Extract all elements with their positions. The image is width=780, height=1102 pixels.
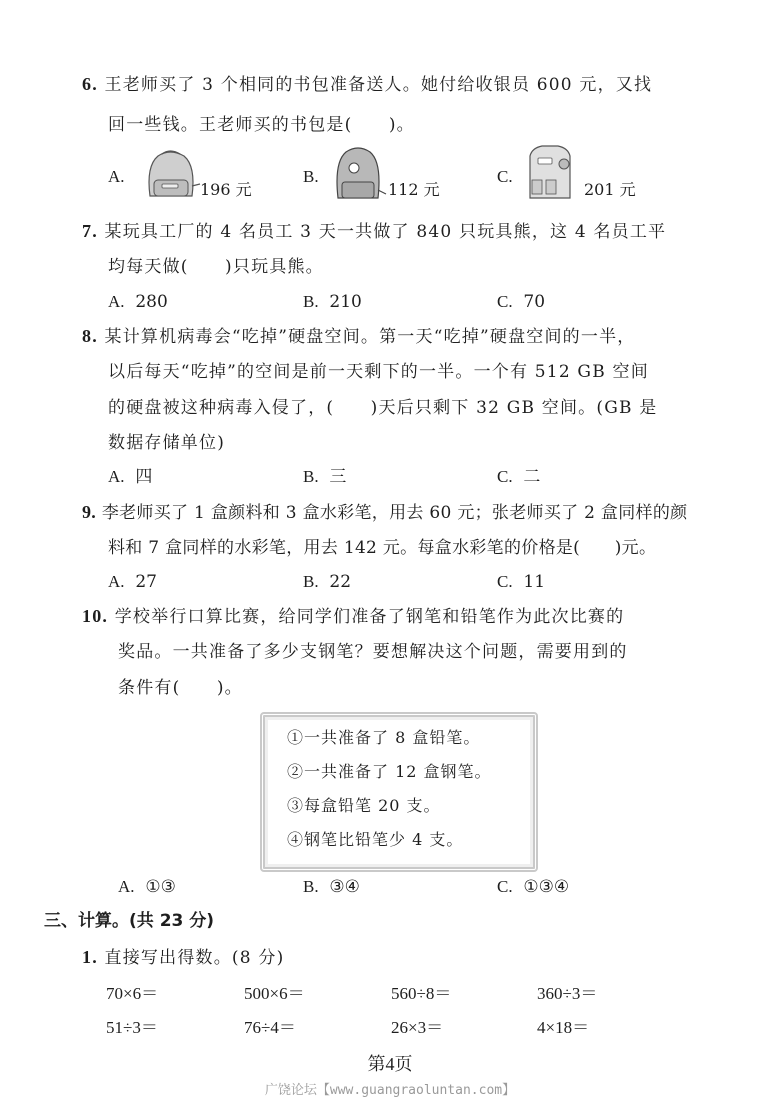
calc-item: 51÷3＝ [106,1017,158,1039]
q6-number: 6. [82,74,98,94]
q10-line2: 奖品。一共准备了多少支钢笔？要想解决这个问题，需要用到的 [118,641,628,663]
q6-option-c[interactable]: C. [497,166,513,188]
q9-line2: 料和 7 盒同样的水彩笔，用去 142 元。每盒水彩笔的价格是( )元。 [108,537,656,559]
q6-line2: 回一些钱。王老师买的书包是( )。 [108,114,415,136]
q7-line1: 7. 某玩具工厂的 4 名员工 3 天一共做了 840 只玩具熊，这 4 名员工… [82,220,666,243]
q6-option-a[interactable]: A. [108,166,125,188]
backpack-icon [140,146,202,202]
q6-line1: 6. 王老师买了 3 个相同的书包准备送人。她付给收银员 600 元，又找 [82,73,652,96]
option-label: A. [108,467,125,486]
backpack-icon [522,142,578,202]
option-label: A. [108,292,125,311]
sub1-number: 1. [82,947,98,967]
option-label: C. [497,572,513,591]
option-text: 70 [523,292,545,312]
q10-text-1: 学校举行口算比赛，给同学们准备了钢笔和铅笔作为此次比赛的 [115,607,625,627]
q7-number: 7. [82,221,98,241]
q10-number: 10. [82,606,108,626]
option-label: B. [303,467,319,486]
q7-line2: 均每天做( )只玩具熊。 [108,256,324,278]
option-label: B. [303,572,319,591]
q8-option-a[interactable]: A. 四 [108,466,152,488]
q10-option-a[interactable]: A. ①③ [118,876,176,898]
watermark: 广饶论坛【www.guangraoluntan.com】 [0,1079,780,1098]
q8-line3: 的硬盘被这种病毒入侵了，( )天后只剩下 32 GB 空间。(GB 是 [108,397,658,419]
q6-price-c: 201 元 [584,180,636,200]
option-text: 11 [523,572,545,592]
q10-option-b[interactable]: B. ③④ [303,876,360,898]
q10-option-c[interactable]: C. ①③④ [497,876,569,898]
sub1-title: 直接写出得数。(8 分) [105,948,285,968]
section-3-sub1: 1. 直接写出得数。(8 分) [82,946,284,969]
option-text: 四 [135,467,152,487]
condition-1: ①一共准备了 8 盒铅笔。 [287,727,480,749]
q6-text-1: 王老师买了 3 个相同的书包准备送人。她付给收银员 600 元，又找 [105,75,653,95]
option-label: C. [497,467,513,486]
worksheet-page: 6. 王老师买了 3 个相同的书包准备送人。她付给收银员 600 元，又找 回一… [0,0,780,1102]
q8-option-c[interactable]: C. 二 [497,466,540,488]
option-text: 210 [329,292,361,312]
option-text: 22 [329,572,351,592]
q9-text-1: 李老师买了 1 盒颜料和 3 盒水彩笔，用去 60 元；张老师买了 2 盒同样的… [102,503,688,523]
calc-item: 4×18＝ [537,1017,589,1039]
q8-number: 8. [82,326,98,346]
q6-option-b[interactable]: B. [303,166,319,188]
q8-line2: 以后每天“吃掉”的空间是前一天剩下的一半。一个有 512 GB 空间 [108,361,649,383]
q7-option-b[interactable]: B. 210 [303,291,362,313]
option-text: 三 [329,467,346,487]
option-label: A. [108,572,125,591]
option-text: ①③④ [523,877,569,897]
q7-text-1: 某玩具工厂的 4 名员工 3 天一共做了 840 只玩具熊，这 4 名员工平 [105,222,667,242]
conditions-box: ①一共准备了 8 盒铅笔。 ②一共准备了 12 盒钢笔。 ③每盒铅笔 20 支。… [260,712,538,872]
page-number: 第4页 [0,1050,780,1076]
condition-3: ③每盒铅笔 20 支。 [287,795,441,817]
option-text: 27 [135,572,157,592]
calc-item: 360÷3＝ [537,983,597,1005]
q6-price-a: 196 元 [200,180,252,200]
q9-option-b[interactable]: B. 22 [303,571,351,593]
option-label: B. [303,292,319,311]
section-3-heading: 三、计算。(共 23 分) [44,910,214,932]
calc-item: 76÷4＝ [244,1017,296,1039]
q7-option-c[interactable]: C. 70 [497,291,545,313]
q9-number: 9. [82,502,96,522]
q6-price-b: 112 元 [388,180,440,200]
calc-item: 560÷8＝ [391,983,451,1005]
condition-2: ②一共准备了 12 盒钢笔。 [287,761,492,783]
option-label: C. [497,877,513,896]
option-text: 二 [523,467,540,487]
condition-4: ④钢笔比铅笔少 4 支。 [287,829,463,851]
calc-item: 70×6＝ [106,983,158,1005]
calc-item: 26×3＝ [391,1017,443,1039]
backpack-icon [330,144,388,202]
q9-line1: 9. 李老师买了 1 盒颜料和 3 盒水彩笔，用去 60 元；张老师买了 2 盒… [82,501,687,524]
option-label: C. [497,167,513,186]
option-label: A. [118,877,135,896]
q9-option-a[interactable]: A. 27 [108,571,157,593]
option-text: ①③ [145,877,175,897]
option-label: B. [303,877,319,896]
q9-option-c[interactable]: C. 11 [497,571,545,593]
option-text: 280 [135,292,167,312]
q8-option-b[interactable]: B. 三 [303,466,346,488]
calc-item: 500×6＝ [244,983,305,1005]
option-label: B. [303,167,319,186]
q10-line1: 10. 学校举行口算比赛，给同学们准备了钢笔和铅笔作为此次比赛的 [82,605,624,628]
q8-text-1: 某计算机病毒会“吃掉”硬盘空间。第一天“吃掉”硬盘空间的一半， [105,327,636,347]
option-label: C. [497,292,513,311]
option-label: A. [108,167,125,186]
q8-line4: 数据存储单位) [108,432,225,454]
q10-line3: 条件有( )。 [118,677,243,699]
q8-line1: 8. 某计算机病毒会“吃掉”硬盘空间。第一天“吃掉”硬盘空间的一半， [82,325,635,348]
q7-option-a[interactable]: A. 280 [108,291,168,313]
option-text: ③④ [329,877,359,897]
